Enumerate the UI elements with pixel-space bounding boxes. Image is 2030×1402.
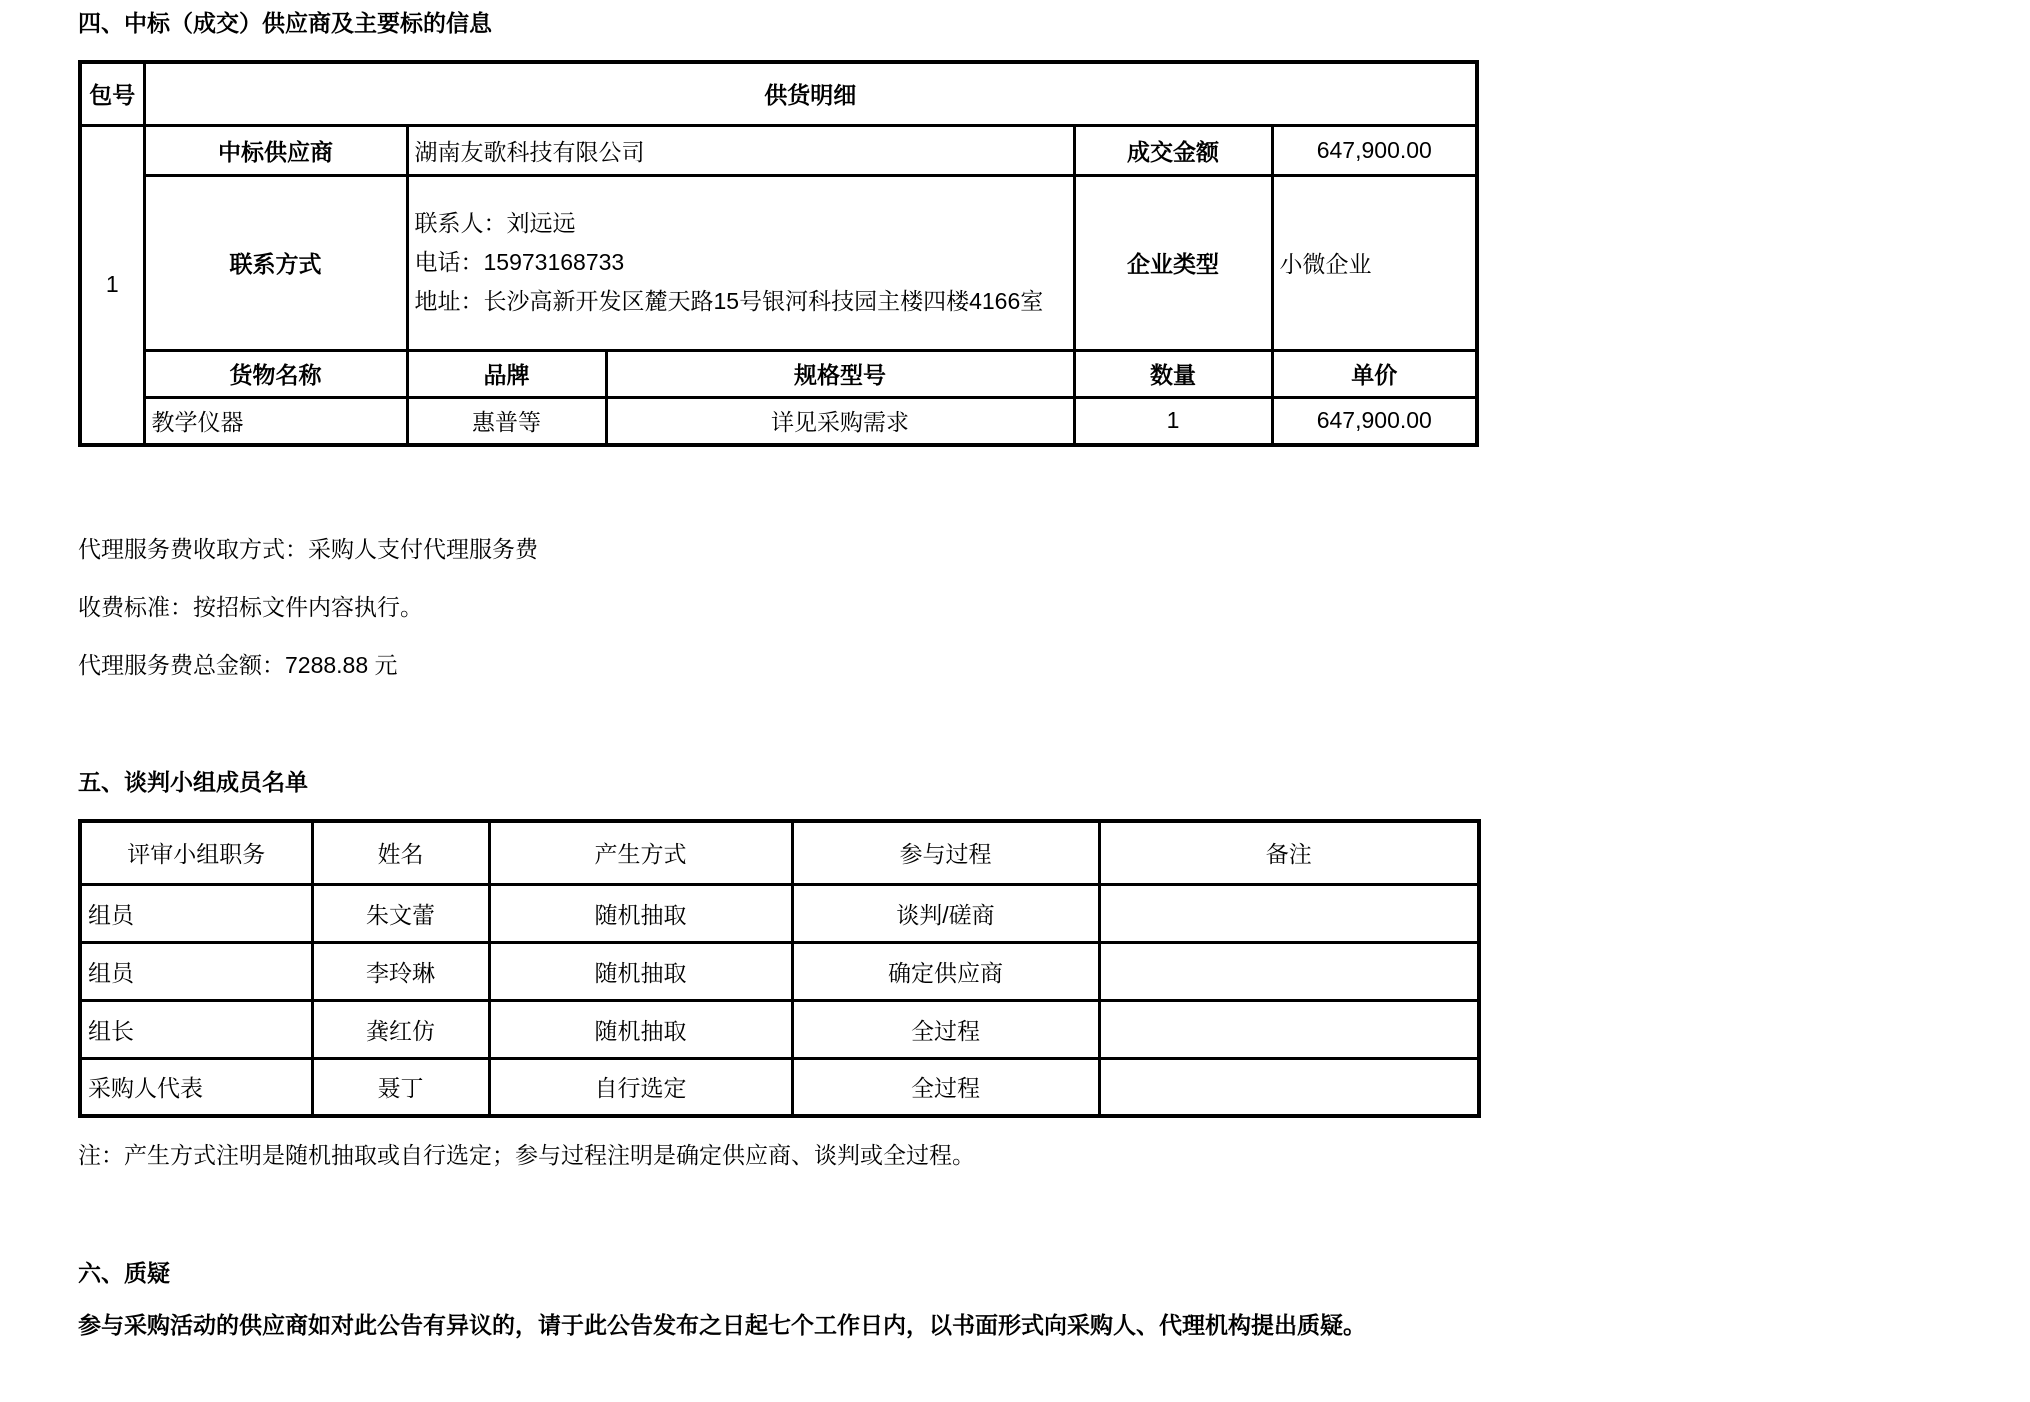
member-selection-method: 自行选定 xyxy=(489,1058,792,1116)
negotiation-team-table: 评审小组职务 姓名 产生方式 参与过程 备注 组员 朱文蕾 随机抽取 谈判/磋商… xyxy=(78,819,1481,1118)
member-selection-method: 随机抽取 xyxy=(489,1000,792,1058)
participation-header: 参与过程 xyxy=(792,821,1099,884)
member-participation: 确定供应商 xyxy=(792,942,1099,1000)
table-row: 包号 供货明细 xyxy=(80,62,1477,125)
remarks-header: 备注 xyxy=(1099,821,1479,884)
member-row: 组员 李玲琳 随机抽取 确定供应商 xyxy=(80,942,1479,1000)
fee-standard: 收费标准：按招标文件内容执行。 xyxy=(78,593,1498,621)
award-info-table: 包号 供货明细 1 中标供应商 湖南友歌科技有限公司 成交金额 647,900.… xyxy=(78,60,1479,447)
member-name: 朱文蕾 xyxy=(312,884,489,942)
agency-fee-total: 代理服务费总金额：7288.88 元 xyxy=(78,651,1498,679)
member-selection-method: 随机抽取 xyxy=(489,942,792,1000)
winning-supplier-value: 湖南友歌科技有限公司 xyxy=(407,125,1074,175)
role-header: 评审小组职务 xyxy=(80,821,312,884)
spec-model-value: 详见采购需求 xyxy=(606,397,1074,445)
winning-supplier-label: 中标供应商 xyxy=(144,125,407,175)
member-name: 龚红仿 xyxy=(312,1000,489,1058)
enterprise-type-value: 小微企业 xyxy=(1272,175,1477,350)
deal-amount-value: 647,900.00 xyxy=(1272,125,1477,175)
member-remarks xyxy=(1099,942,1479,1000)
name-header: 姓名 xyxy=(312,821,489,884)
table-note: 注：产生方式注明是随机抽取或自行选定；参与过程注明是确定供应商、谈判或全过程。 xyxy=(78,1140,1498,1170)
deal-amount-label: 成交金额 xyxy=(1074,125,1272,175)
member-participation: 全过程 xyxy=(792,1000,1099,1058)
section5-title: 五、谈判小组成员名单 xyxy=(78,767,1498,797)
goods-data-row: 教学仪器 惠普等 详见采购需求 1 647,900.00 xyxy=(80,397,1477,445)
brand-value: 惠普等 xyxy=(407,397,606,445)
member-name: 李玲琳 xyxy=(312,942,489,1000)
section6-title: 六、质疑 xyxy=(78,1258,1498,1288)
supply-detail-header: 供货明细 xyxy=(144,62,1477,125)
brand-header: 品牌 xyxy=(407,350,606,397)
contact-label: 联系方式 xyxy=(144,175,407,350)
member-name: 聂丁 xyxy=(312,1058,489,1116)
member-selection-method: 随机抽取 xyxy=(489,884,792,942)
member-participation: 谈判/磋商 xyxy=(792,884,1099,942)
member-remarks xyxy=(1099,1058,1479,1116)
contact-person: 联系人：刘远远 xyxy=(415,204,1067,243)
member-row: 采购人代表 聂丁 自行选定 全过程 xyxy=(80,1058,1479,1116)
member-role: 组员 xyxy=(80,942,312,1000)
unit-price-value: 647,900.00 xyxy=(1272,397,1477,445)
member-row: 组长 龚红仿 随机抽取 全过程 xyxy=(80,1000,1479,1058)
selection-method-header: 产生方式 xyxy=(489,821,792,884)
member-participation: 全过程 xyxy=(792,1058,1099,1116)
member-role: 组长 xyxy=(80,1000,312,1058)
table-row: 联系方式 联系人：刘远远 电话：15973168733 地址：长沙高新开发区麓天… xyxy=(80,175,1477,350)
package-no-value: 1 xyxy=(80,125,144,445)
table-row: 1 中标供应商 湖南友歌科技有限公司 成交金额 647,900.00 xyxy=(80,125,1477,175)
spec-model-header: 规格型号 xyxy=(606,350,1074,397)
quantity-value: 1 xyxy=(1074,397,1272,445)
member-row: 组员 朱文蕾 随机抽取 谈判/磋商 xyxy=(80,884,1479,942)
goods-header-row: 货物名称 品牌 规格型号 数量 单价 xyxy=(80,350,1477,397)
objection-notice: 参与采购活动的供应商如对此公告有异议的，请于此公告发布之日起七个工作日内，以书面… xyxy=(78,1310,1498,1340)
quantity-header: 数量 xyxy=(1074,350,1272,397)
contact-phone: 电话：15973168733 xyxy=(415,243,1067,282)
package-no-header: 包号 xyxy=(80,62,144,125)
goods-name-header: 货物名称 xyxy=(144,350,407,397)
goods-name-value: 教学仪器 xyxy=(144,397,407,445)
enterprise-type-label: 企业类型 xyxy=(1074,175,1272,350)
document-page: 四、中标（成交）供应商及主要标的信息 包号 供货明细 1 中标供应商 湖南友歌科… xyxy=(0,0,1498,1340)
member-role: 采购人代表 xyxy=(80,1058,312,1116)
unit-price-header: 单价 xyxy=(1272,350,1477,397)
member-role: 组员 xyxy=(80,884,312,942)
contact-address: 地址：长沙高新开发区麓天路15号银河科技园主楼四楼4166室 xyxy=(415,282,1067,321)
section4-title: 四、中标（成交）供应商及主要标的信息 xyxy=(78,8,1498,38)
member-remarks xyxy=(1099,1000,1479,1058)
contact-info-cell: 联系人：刘远远 电话：15973168733 地址：长沙高新开发区麓天路15号银… xyxy=(407,175,1074,350)
team-header-row: 评审小组职务 姓名 产生方式 参与过程 备注 xyxy=(80,821,1479,884)
member-remarks xyxy=(1099,884,1479,942)
agency-fee-method: 代理服务费收取方式：采购人支付代理服务费 xyxy=(78,535,1498,563)
